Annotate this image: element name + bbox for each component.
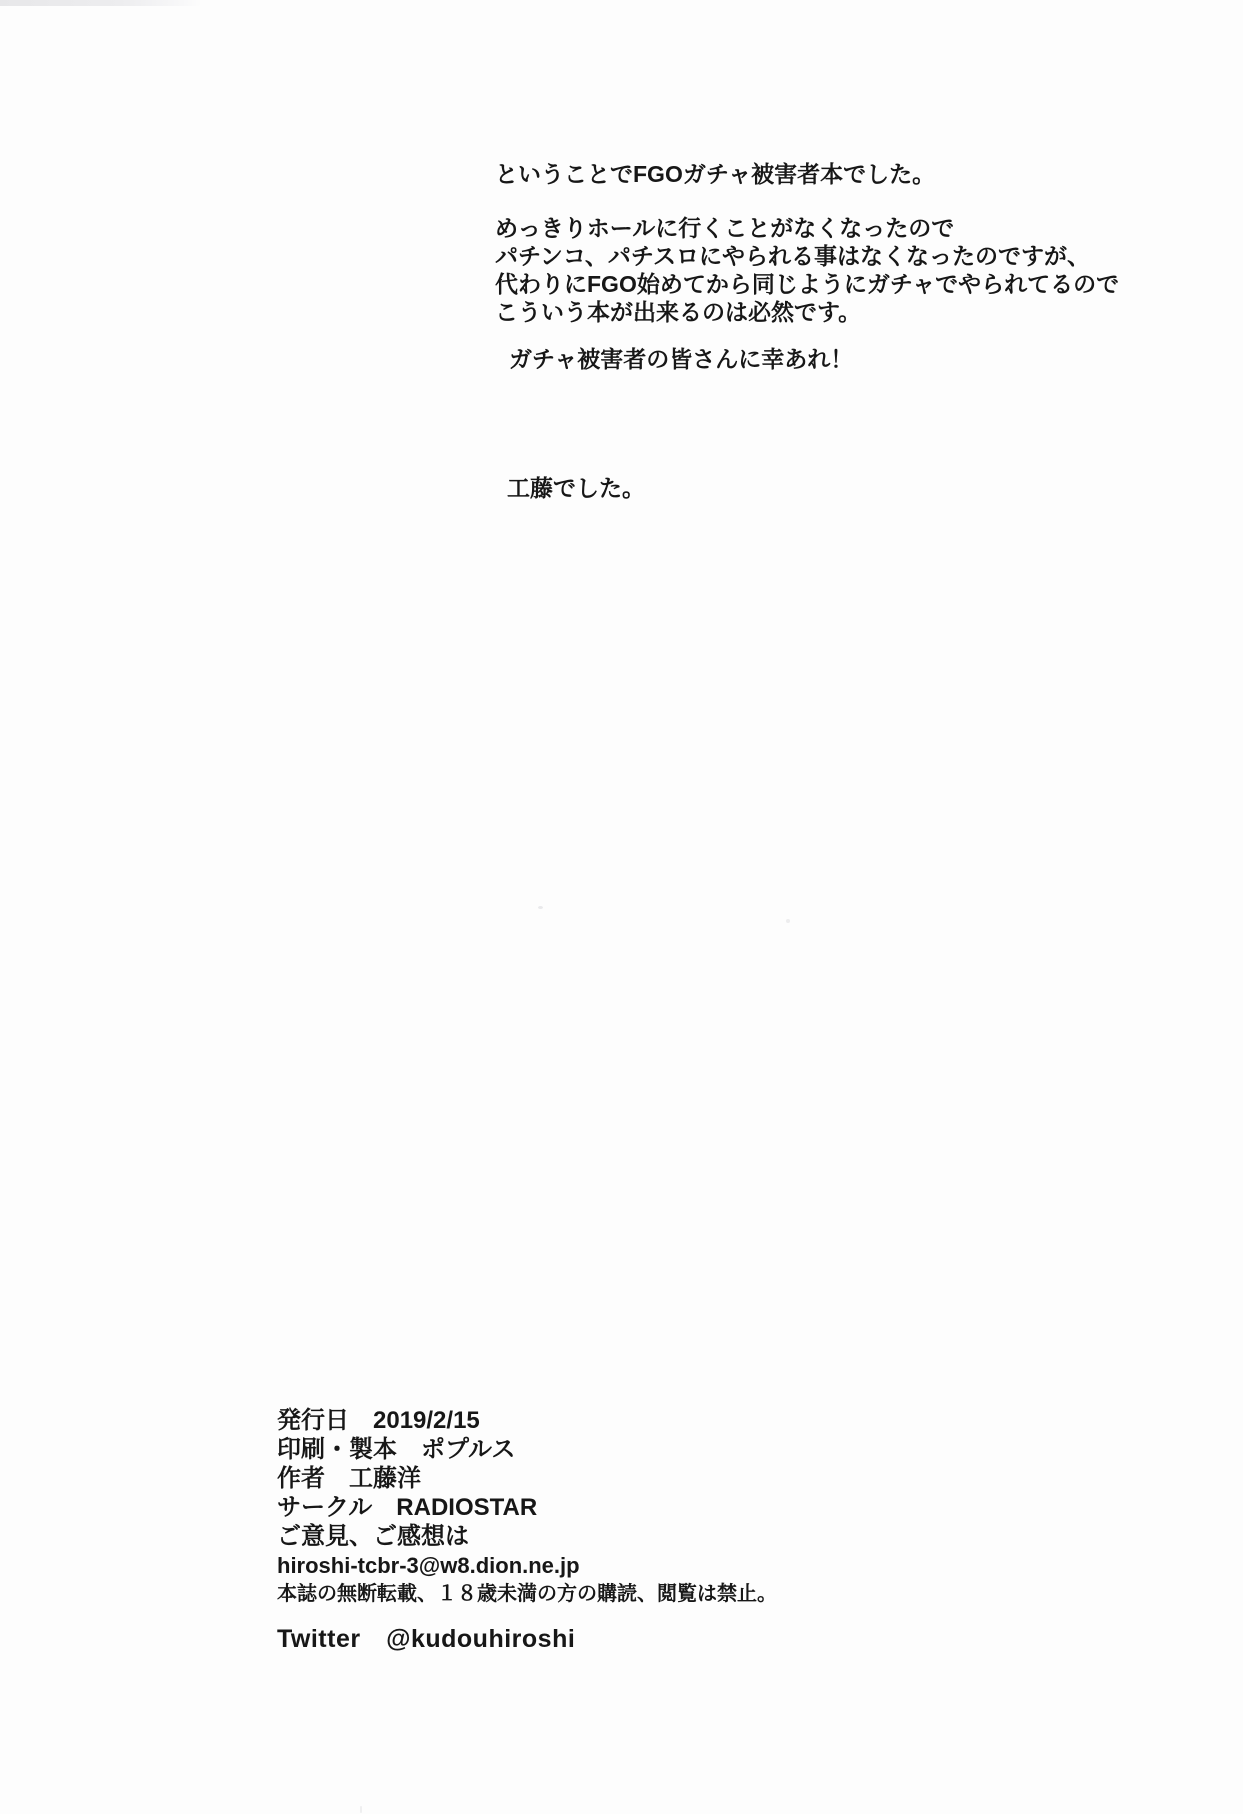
colophon-printer: 印刷・製本 ポプルス xyxy=(277,1435,777,1464)
colophon-feedback-label: ご意見、ご感想は xyxy=(277,1522,777,1551)
colophon-twitter-handle: Twitter @kudouhiroshi xyxy=(277,1625,777,1654)
afterword-body-line: 代わりにFGO始めてから同じようにガチャでやられてるので xyxy=(495,270,1119,298)
colophon-publication-date: 発行日 2019/2/15 xyxy=(277,1406,777,1435)
colophon-circle: サークル RADIOSTAR xyxy=(277,1493,777,1522)
colophon-section: 発行日 2019/2/15 印刷・製本 ポプルス 作者 工藤洋 サークル RAD… xyxy=(277,1406,777,1654)
scan-artifact-speck xyxy=(786,919,790,923)
scan-artifact-speck xyxy=(538,906,543,909)
scan-artifact-smudge xyxy=(0,0,202,6)
colophon-author: 作者 工藤洋 xyxy=(277,1464,777,1493)
afterword-signoff-line: 工藤でした。 xyxy=(507,474,645,502)
colophon-copyright-notice: 本誌の無断転載、１８歳未満の方の購読、閲覧は禁止。 xyxy=(277,1580,777,1609)
colophon-email: hiroshi-tcbr-3@w8.dion.ne.jp xyxy=(277,1551,777,1580)
afterword-body-line: こういう本が出来るのは必然です。 xyxy=(495,298,1119,326)
scanned-afterword-page: ということでFGOガチャ被害者本でした。 めっきりホールに行くことがなくなったの… xyxy=(0,0,1243,1814)
afterword-intro-line: ということでFGOガチャ被害者本でした。 xyxy=(495,160,935,188)
scan-artifact-speck xyxy=(360,1806,362,1813)
afterword-body-paragraph: めっきりホールに行くことがなくなったので パチンコ、パチスロにやられる事はなくな… xyxy=(495,214,1119,326)
afterword-wish-line: ガチャ被害者の皆さんに幸あれ！ xyxy=(509,345,853,373)
afterword-body-line: パチンコ、パチスロにやられる事はなくなったのですが、 xyxy=(495,242,1119,270)
afterword-body-line: めっきりホールに行くことがなくなったので xyxy=(495,214,1119,242)
